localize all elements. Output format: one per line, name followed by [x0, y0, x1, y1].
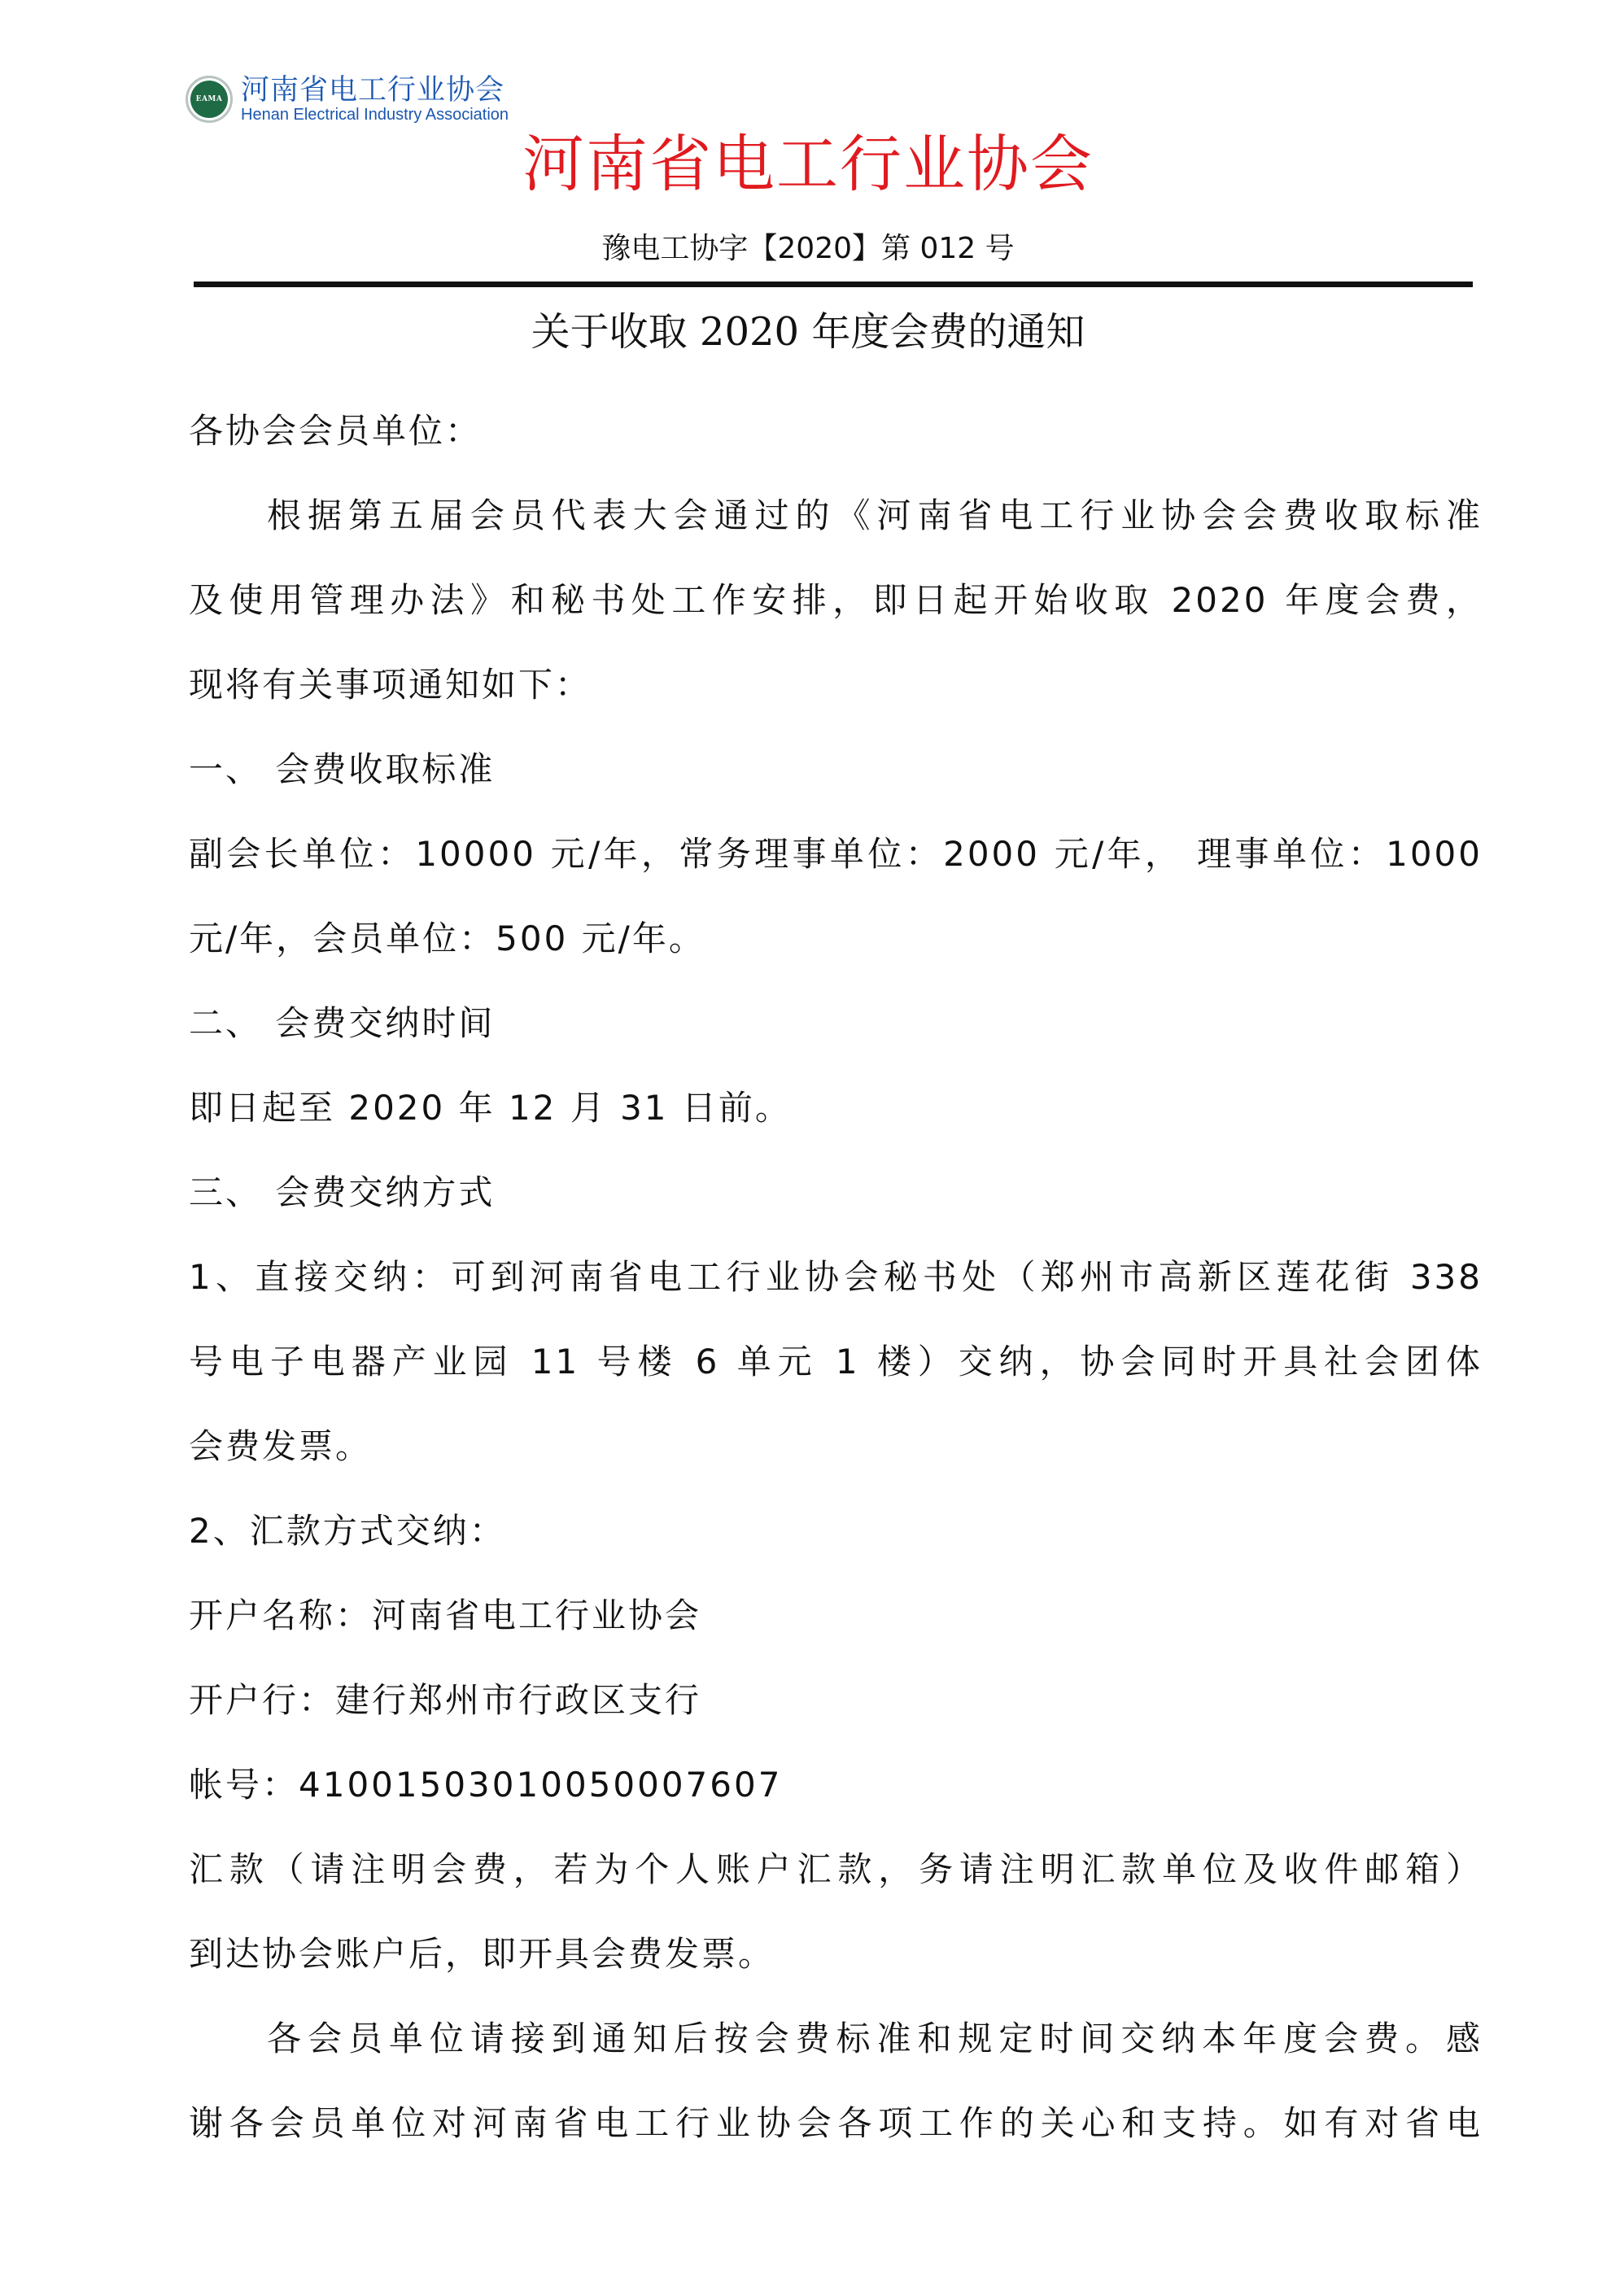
notice-title: 关于收取 2020 年度会费的通知: [0, 308, 1616, 356]
section-line: 2、汇款方式交纳：: [189, 1489, 1483, 1574]
header-divider: [194, 282, 1473, 287]
intro-line: 及使用管理办法》和秘书处工作安排，即日起开始收取 2020 年度会费，: [189, 558, 1483, 643]
section-line: 汇款（请注明会费，若为个人账户汇款，务请注明汇款单位及收件邮箱）: [189, 1827, 1483, 1912]
section-heading-fee-standard: 一、 会费收取标准: [189, 727, 1483, 812]
section-line: 即日起至 2020 年 12 月 31 日前。: [189, 1066, 1483, 1150]
intro-line: 根据第五届会员代表大会通过的《河南省电工行业协会会费收取标准: [189, 474, 1483, 558]
closing-line: 各会员单位请接到通知后按会费标准和规定时间交纳本年度会费。感: [189, 1997, 1483, 2081]
document-number: 豫电工协字【2020】第 012 号: [0, 231, 1616, 267]
section-heading-payment-method: 三、 会费交纳方式: [189, 1150, 1483, 1235]
section-line: 到达协会账户后，即开具会费发票。: [189, 1912, 1483, 1997]
org-title: 河南省电工行业协会: [0, 124, 1616, 205]
section-line: 会费发票。: [189, 1404, 1483, 1489]
logo-text: 河南省电工行业协会 Henan Electrical Industry Asso…: [241, 75, 509, 124]
logo-badge-text: EAMA: [190, 81, 228, 118]
bank-name: 开户行：建行郑州市行政区支行: [189, 1658, 1483, 1743]
logo-name-cn: 河南省电工行业协会: [241, 75, 509, 106]
intro-line: 现将有关事项通知如下：: [189, 643, 1483, 727]
logo-badge-icon: EAMA: [186, 76, 233, 123]
section-line: 副会长单位：10000 元/年，常务理事单位：2000 元/年， 理事单位：10…: [189, 812, 1483, 897]
account-name: 开户名称：河南省电工行业协会: [189, 1574, 1483, 1658]
logo-name-en: Henan Electrical Industry Association: [241, 106, 509, 124]
section-heading-payment-time: 二、 会费交纳时间: [189, 981, 1483, 1066]
closing-line: 谢各会员单位对河南省电工行业协会各项工作的关心和支持。如有对省电: [189, 2081, 1483, 2166]
section-line: 1、直接交纳：可到河南省电工行业协会秘书处（郑州市高新区莲花街 338: [189, 1235, 1483, 1320]
section-line: 号电子电器产业园 11 号楼 6 单元 1 楼）交纳，协会同时开具社会团体: [189, 1320, 1483, 1404]
association-logo: EAMA 河南省电工行业协会 Henan Electrical Industry…: [186, 75, 509, 124]
account-number: 帐号：41001503010050007607: [189, 1743, 1483, 1827]
salutation: 各协会会员单位：: [189, 389, 1483, 474]
notice-body: 各协会会员单位： 根据第五届会员代表大会通过的《河南省电工行业协会会费收取标准 …: [189, 389, 1483, 2166]
section-line: 元/年，会员单位：500 元/年。: [189, 897, 1483, 981]
